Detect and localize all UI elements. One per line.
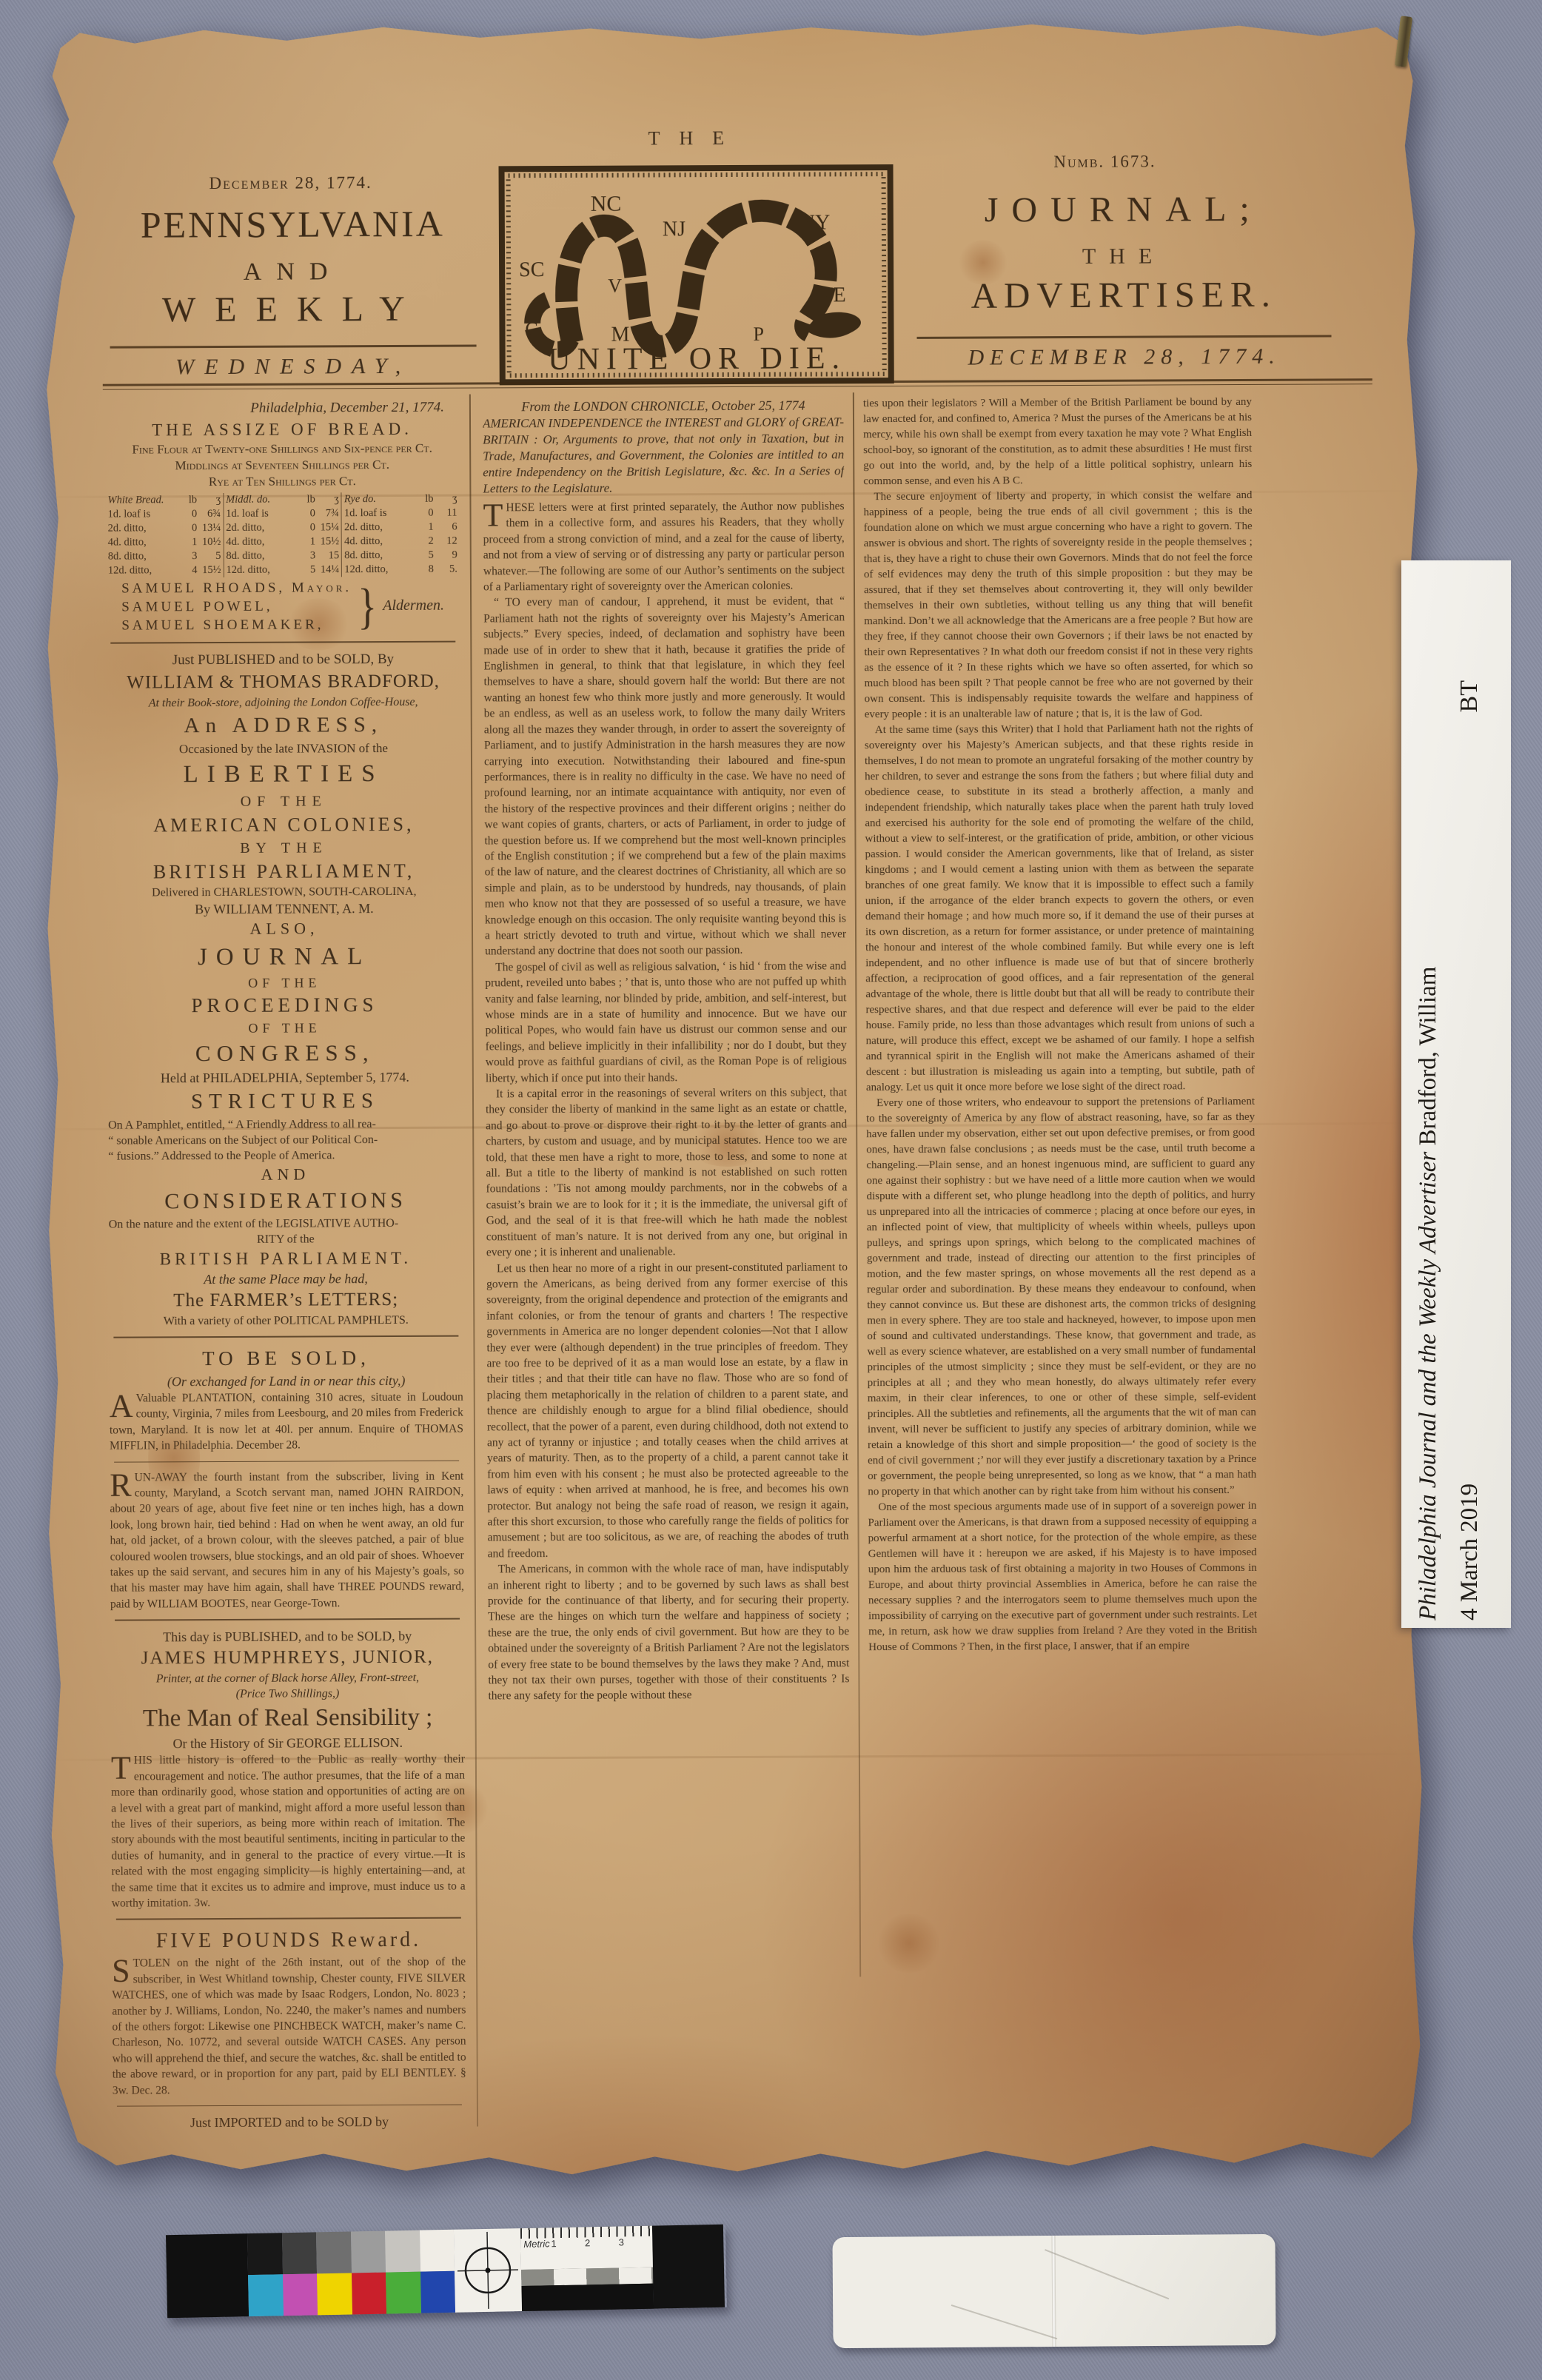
bread-cell: 1d. loaf is xyxy=(108,507,181,521)
drop-cap: A xyxy=(110,1391,136,1421)
masthead-title-advertiser: ADVERTISER. xyxy=(902,272,1346,317)
five-pounds-body: STOLEN on the night of the 26th instant,… xyxy=(112,1954,466,2099)
five-pounds-title: FIVE POUNDS Reward. xyxy=(112,1926,466,1956)
bread-cell: 14¼ xyxy=(315,563,339,577)
essay-paragraph: HESE letters were at first printed separ… xyxy=(483,500,845,593)
ruler-number: 3 xyxy=(619,2236,653,2248)
bread-cell: 4d. ditto, xyxy=(344,534,418,549)
bread-price-table: White Bread.lbʒ 1d. loaf is06¾ 2d. ditto… xyxy=(105,492,459,578)
section-divider xyxy=(113,1335,458,1338)
magenta-patch xyxy=(283,2273,318,2316)
green-patch xyxy=(386,2272,421,2314)
card-emboss-line xyxy=(1045,2249,1169,2299)
essay-paragraph: It is a capital error in the reasonings … xyxy=(486,1085,848,1261)
bread-unit: lb xyxy=(417,492,433,506)
drop-cap: T xyxy=(483,500,506,529)
essay-paragraph: The secure enjoyment of liberty and prop… xyxy=(863,488,1253,723)
segment-label-nj: NJ xyxy=(663,218,685,241)
color-calibration-bar: Metric 1 2 3 xyxy=(166,2225,727,2318)
bradford-ad-line: OF THE xyxy=(108,1019,462,1038)
segment-label-nc: NC xyxy=(591,192,622,216)
to-be-sold-title: TO BE SOLD, xyxy=(109,1344,463,1373)
official-name: SAMUEL SHOEMAKER, xyxy=(121,615,352,634)
bradford-ad-line: Occasioned by the late INVASION of the xyxy=(107,740,460,758)
gray-patch xyxy=(247,2233,283,2275)
assize-line: Fine Flour at Twenty-one Shillings and S… xyxy=(105,440,459,458)
bradford-ad-line: Just PUBLISHED and to be SOLD, By xyxy=(106,650,460,671)
masthead-date-left: December 28, 1774. xyxy=(106,173,476,194)
bradford-ad-line: OF THE xyxy=(107,791,460,813)
bread-cell: 3 xyxy=(181,549,197,563)
bradford-ad-line: Held at PHILADELPHIA, September 5, 1774. xyxy=(108,1068,462,1087)
section-divider xyxy=(115,1618,460,1621)
assize-line: Rye at Ten Shillings per Ct. xyxy=(105,473,459,491)
bread-cell: 8d. ditto, xyxy=(108,549,181,563)
column-rule-2 xyxy=(853,392,861,1977)
bread-cell: 1 xyxy=(418,520,434,534)
beveridge-ad-line: Just IMPORTED and to be SOLD by xyxy=(113,2113,466,2132)
bradford-ad-farmers-letters: The FARMER’s LETTERS; xyxy=(109,1287,463,1314)
bread-cell: 11 xyxy=(434,506,457,520)
crosshair-target-icon xyxy=(454,2228,522,2313)
beveridge-ad-name: DAVID BEVERIDGE, xyxy=(113,2131,466,2139)
bread-cell: 4d. ditto, xyxy=(108,535,181,549)
calibration-black-lead xyxy=(166,2233,249,2318)
bradford-ad-title-considerations: CONSIDERATIONS xyxy=(109,1185,463,1217)
segment-label-v: V xyxy=(608,275,622,297)
calibration-target xyxy=(454,2228,522,2313)
masthead-title-the: THE xyxy=(902,243,1346,270)
bread-cell: 8 xyxy=(418,563,434,577)
bread-cell: 6¾ xyxy=(197,507,221,521)
column-1: Philadelphia, December 21, 1774. THE ASS… xyxy=(105,398,466,2139)
bradford-ad-title-proceedings: PROCEEDINGS xyxy=(107,991,461,1020)
aldermen-label: Aldermen. xyxy=(383,597,444,614)
essay-paragraph: “ TO every man of candour, I apprehend, … xyxy=(483,594,846,959)
bradford-ad-line: On the nature and the extent of the LEGI… xyxy=(109,1216,463,1233)
bread-cell: 12 xyxy=(434,534,457,549)
bread-cell: 9 xyxy=(434,549,457,563)
blue-patch xyxy=(420,2271,456,2313)
humphreys-ad-line: This day is PUBLISHED, and to be SOLD, b… xyxy=(110,1627,464,1646)
bread-cell: 12d. ditto, xyxy=(227,563,300,577)
bread-cell: 1d. loaf is xyxy=(344,506,418,520)
bread-cell: 7¾ xyxy=(315,506,339,520)
bradford-ad-line: At the same Place may be had, xyxy=(109,1270,463,1289)
ruler-black-base xyxy=(521,2284,654,2311)
masthead-issue-number: Numb. 1673. xyxy=(897,152,1312,172)
section-divider xyxy=(117,2105,462,2107)
humphreys-ad-book-title: The Man of Real Sensibility ; xyxy=(111,1701,465,1735)
bread-cell: 12d. ditto, xyxy=(108,563,181,577)
bradford-ad-title-liberties: LIBERTIES xyxy=(107,757,460,792)
bread-cell: 5 xyxy=(299,563,315,577)
bradford-ad-line: By WILLIAM TENNENT, A. M. xyxy=(107,899,461,919)
ad-text: TOLEN on the night of the 26th instant, … xyxy=(112,1956,466,2096)
cyan-patch xyxy=(248,2274,284,2316)
segment-label-ne: NE xyxy=(818,284,845,306)
archive-label-card: Philadelphia Journal and the Weekly Adve… xyxy=(1401,560,1511,1628)
bread-cell: 2d. ditto, xyxy=(344,520,418,534)
official-name: SAMUEL POWEL, xyxy=(121,597,352,616)
humphreys-ad-line: Or the History of Sir GEORGE ELLISON. xyxy=(111,1734,465,1753)
bread-cell: 0 xyxy=(181,507,197,521)
bradford-ad-publisher: WILLIAM & THOMAS BRADFORD, xyxy=(106,669,460,696)
bread-cell: 5 xyxy=(197,549,221,563)
bread-cell: 4 xyxy=(181,563,198,577)
to-be-sold-sub: (Or exchanged for Land in or near this c… xyxy=(110,1372,463,1391)
bread-cell: 15½ xyxy=(198,563,221,577)
bradford-ad-title-strictures: STRICTURES xyxy=(108,1086,462,1118)
masthead-title-weekly: WEEKLY xyxy=(102,288,483,330)
foxing-spot xyxy=(876,1914,942,1973)
essay-paragraph: The gospel of civil as well as religious… xyxy=(485,958,847,1086)
bread-unit: ʒ xyxy=(197,493,221,507)
label-code: BT xyxy=(1450,680,1489,712)
section-divider xyxy=(116,1917,461,1920)
masthead-weekday: WEDNESDAY, xyxy=(103,353,484,380)
bread-unit: lb xyxy=(181,493,197,507)
assize-officials: SAMUEL RHOADS, Mayor. SAMUEL POWEL, SAMU… xyxy=(106,578,460,635)
cartoon-caption: UNITE OR DIE. xyxy=(548,341,846,377)
bread-cell: 13¼ xyxy=(197,521,221,535)
essay-paragraph: Let us then hear no more of a right in o… xyxy=(486,1259,849,1562)
bradford-ad-line: “ fusions.” Addressed to the People of A… xyxy=(108,1147,462,1164)
essay-paragraph: ties upon their legislators ? Will a Mem… xyxy=(863,395,1253,489)
bread-cell: 15½ xyxy=(315,534,339,549)
bread-cell: 3 xyxy=(299,549,315,563)
bradford-ad-title-address: An ADDRESS, xyxy=(107,710,460,742)
unite-or-die-cartoon: NC NJ NY NE SC V M P C UNITE OR DIE. xyxy=(497,164,894,387)
bradford-ad-line: BRITISH PARLIAMENT. xyxy=(109,1247,463,1271)
assize-dateline: Philadelphia, December 21, 1774. xyxy=(105,398,459,419)
bradford-ad-line: AND xyxy=(108,1163,462,1187)
assize-line: Middlings at Seventeen Shillings per Ct. xyxy=(105,457,459,475)
column-rule-1 xyxy=(469,395,478,2127)
humphreys-ad-name: JAMES HUMPHREYS, JUNIOR, xyxy=(110,1645,464,1672)
bread-cell: 1d. loaf is xyxy=(226,507,299,521)
bread-cell: 1 xyxy=(299,534,315,549)
bread-cell: 5. xyxy=(434,563,457,577)
calibration-patches xyxy=(247,2230,455,2316)
bread-cell: 12d. ditto, xyxy=(344,563,418,577)
gray-patch xyxy=(350,2231,386,2273)
bread-group-middling: Middl. do.lbʒ 1d. loaf is07¾ 2d. ditto,0… xyxy=(223,492,341,577)
masthead-title-pennsylvania: PENNSYLVANIA xyxy=(102,202,483,245)
segment-label-ny: NY xyxy=(800,211,831,234)
masthead-date-right: DECEMBER 28, 1774. xyxy=(902,343,1347,371)
segment-label-sc: SC xyxy=(519,258,544,281)
label-name: Bradford, William xyxy=(1415,967,1441,1152)
bread-cell: 2 xyxy=(418,534,434,549)
assize-title: THE ASSIZE OF BREAD. xyxy=(105,418,459,442)
section-divider xyxy=(114,1460,459,1462)
calibration-ruler: Metric 1 2 3 xyxy=(520,2226,654,2311)
archive-label-text: Philadelphia Journal and the Weekly Adve… xyxy=(1406,569,1508,1620)
essay-paragraph: The Americans, in common with the whole … xyxy=(488,1561,850,1705)
american-independence-subhead: AMERICAN INDEPENDENCE the INTEREST and G… xyxy=(483,414,844,497)
blank-folded-card xyxy=(832,2234,1275,2348)
bread-cell: 10½ xyxy=(197,535,221,549)
essay-paragraph: At the same time (says this Writer) that… xyxy=(865,721,1255,1096)
ad-text: Valuable PLANTATION, containing 310 acre… xyxy=(110,1391,463,1452)
bradford-ad-line: Delivered in CHARLESTOWN, SOUTH-CAROLINA… xyxy=(107,884,461,901)
bread-cell: 8d. ditto, xyxy=(226,549,299,563)
white-patch xyxy=(419,2230,455,2272)
bradford-ad-line: BY THE xyxy=(107,837,460,859)
segment-label-c: C xyxy=(525,318,537,340)
official-name: SAMUEL RHOADS, Mayor. xyxy=(121,578,352,597)
ruler-number: 2 xyxy=(585,2237,619,2249)
bread-cell: 15¼ xyxy=(315,520,339,534)
bread-cell: 0 xyxy=(299,520,315,534)
bread-group-head: Middl. do. xyxy=(226,493,299,507)
bread-cell: 15 xyxy=(315,549,339,563)
bradford-ad-title-parliament: BRITISH PARLIAMENT, xyxy=(107,858,461,885)
ruler-metric-label: Metric xyxy=(523,2238,551,2250)
runaway-ad-body: RUN-AWAY the fourth instant from the sub… xyxy=(110,1468,464,1612)
bradford-ad-title-journal: JOURNAL xyxy=(107,939,461,975)
essay-paragraph: One of the most specious arguments made … xyxy=(868,1498,1257,1655)
humphreys-ad-line: (Price Two Shillings,) xyxy=(110,1686,464,1703)
bradford-ad-line: ALSO, xyxy=(107,917,461,941)
london-chronicle-dateline: From the LONDON CHRONICLE, October 25, 1… xyxy=(483,396,844,415)
gray-patch xyxy=(316,2231,352,2273)
bread-unit: ʒ xyxy=(315,492,339,506)
bread-cell: 2d. ditto, xyxy=(108,521,181,535)
bread-cell: 2d. ditto, xyxy=(226,521,299,535)
bread-cell: 5 xyxy=(418,549,434,563)
newspaper-sheet: December 28, 1774. Numb. 1673. THE PENNS… xyxy=(38,16,1428,2181)
bread-unit: lb xyxy=(299,492,315,506)
masthead-the-top: THE xyxy=(497,127,894,150)
yellow-patch xyxy=(317,2273,352,2315)
bradford-ad-line: RITY of the xyxy=(109,1231,463,1248)
humphreys-ad-body: THIS little history is offered to the Pu… xyxy=(111,1752,466,1911)
bradford-ad-title-congress: CONGRESS, xyxy=(108,1036,462,1070)
section-divider xyxy=(110,641,455,644)
bradford-ad-line: OF THE xyxy=(107,973,461,993)
masthead-title-journal: JOURNAL; xyxy=(902,188,1346,231)
label-title: Philadelphia Journal and the Weekly Adve… xyxy=(1415,1152,1441,1620)
ruler-ticks: Metric 1 2 3 xyxy=(520,2226,653,2270)
humphreys-ad-line: Printer, at the corner of Black horse Al… xyxy=(110,1670,464,1687)
bread-cell: 1 xyxy=(181,535,197,549)
bradford-ad-line: With a variety of other POLITICAL PAMPHL… xyxy=(109,1313,463,1330)
bread-cell: 4d. ditto, xyxy=(226,535,299,549)
card-emboss-line xyxy=(951,2304,1057,2339)
newspaper-paper-surface: December 28, 1774. Numb. 1673. THE PENNS… xyxy=(38,16,1428,2181)
to-be-sold-body: AValuable PLANTATION, containing 310 acr… xyxy=(110,1390,463,1455)
bread-cell: 0 xyxy=(418,506,434,520)
column-2: From the LONDON CHRONICLE, October 25, 1… xyxy=(483,396,851,1982)
essay-paragraph: Every one of those writers, who endeavou… xyxy=(866,1094,1256,1500)
masthead-title-and: AND xyxy=(102,257,483,286)
ad-text: HIS little history is offered to the Pub… xyxy=(111,1753,466,1910)
bread-group-rye: Rye do.lbʒ 1d. loaf is011 2d. ditto,16 4… xyxy=(341,492,460,577)
bread-unit: ʒ xyxy=(433,492,457,506)
ruler-number: 1 xyxy=(551,2237,585,2249)
bread-cell: 0 xyxy=(299,506,315,520)
drop-cap: T xyxy=(111,1753,134,1783)
photograph-of-newspaper: December 28, 1774. Numb. 1673. THE PENNS… xyxy=(0,0,1542,2380)
gray-patch xyxy=(281,2232,317,2274)
bradford-ad-title-colonies: AMERICAN COLONIES, xyxy=(107,811,460,839)
bread-cell: 6 xyxy=(434,520,457,534)
column-3: ties upon their legislators ? Will a Mem… xyxy=(863,395,1258,1843)
masthead-rule-left xyxy=(110,345,477,349)
bradford-ad-line: At their Book-store, adjoining the Londo… xyxy=(107,694,460,711)
bread-group-white: White Bread.lbʒ 1d. loaf is06¾ 2d. ditto… xyxy=(105,493,223,578)
brace-glyph: } xyxy=(358,577,377,635)
drop-cap: S xyxy=(112,1956,133,1985)
drop-cap: R xyxy=(110,1469,135,1499)
calibration-black-tail xyxy=(652,2225,725,2309)
essay-text: THESE letters were at first printed sepa… xyxy=(483,498,849,1704)
bread-group-head: White Bread. xyxy=(107,493,181,507)
red-patch xyxy=(352,2273,387,2315)
gray-patch xyxy=(385,2230,420,2273)
label-date: 4 March 2019 xyxy=(1456,1484,1483,1620)
bread-cell: 8d. ditto, xyxy=(344,549,418,563)
masthead-rule-right xyxy=(917,335,1332,338)
bradford-ad-line: On A Pamphlet, entitled, “ A Friendly Ad… xyxy=(108,1116,462,1133)
ad-text: UN-AWAY the fourth instant from the subs… xyxy=(110,1469,464,1610)
bradford-ad-line: “ sonable Americans on the Subject of ou… xyxy=(108,1132,462,1149)
bread-group-head: Rye do. xyxy=(344,492,418,506)
bread-cell: 0 xyxy=(181,521,197,535)
snake-body xyxy=(566,210,827,346)
